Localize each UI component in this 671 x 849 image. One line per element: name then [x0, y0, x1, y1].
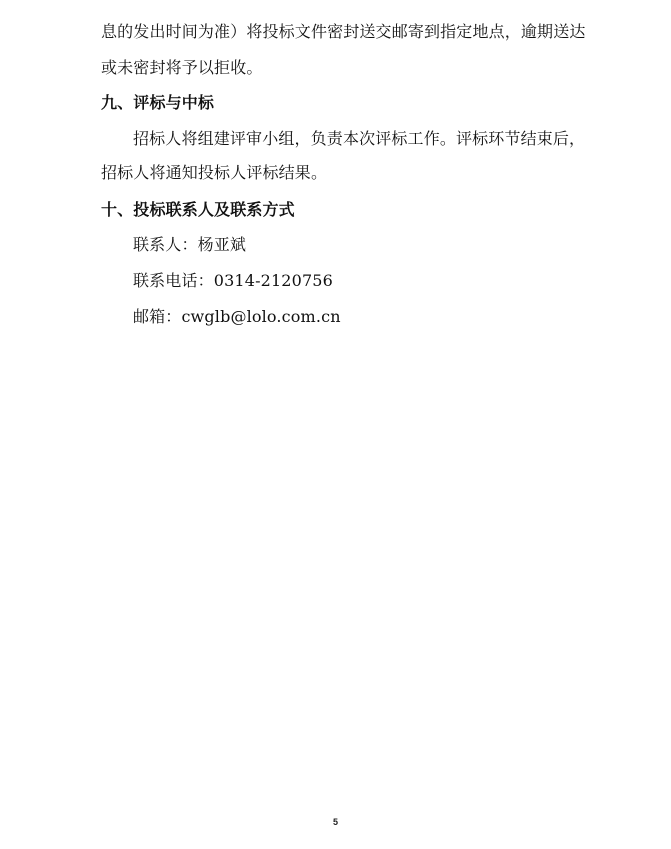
- contact-person: 联系人：杨亚斌: [133, 235, 573, 255]
- contact-email: 邮箱：cwglb@lolo.com.cn: [133, 307, 573, 327]
- section-heading-contact: 十、投标联系人及联系方式: [101, 200, 573, 220]
- body-text-line: 或未密封将予以拒收。: [101, 58, 573, 78]
- body-text-line: 招标人将组建评审小组，负责本次评标工作。评标环节结束后，: [133, 129, 573, 149]
- page-number: 5: [0, 817, 671, 827]
- contact-phone: 联系电话：0314-2120756: [133, 271, 573, 291]
- section-heading-evaluation: 九、评标与中标: [101, 93, 573, 113]
- body-text-line: 息的发出时间为准）将投标文件密封送交邮寄到指定地点，逾期送达: [101, 22, 573, 42]
- document-page: 息的发出时间为准）将投标文件密封送交邮寄到指定地点，逾期送达 或未密封将予以拒收…: [0, 0, 671, 849]
- body-text-line: 招标人将通知投标人评标结果。: [101, 163, 573, 183]
